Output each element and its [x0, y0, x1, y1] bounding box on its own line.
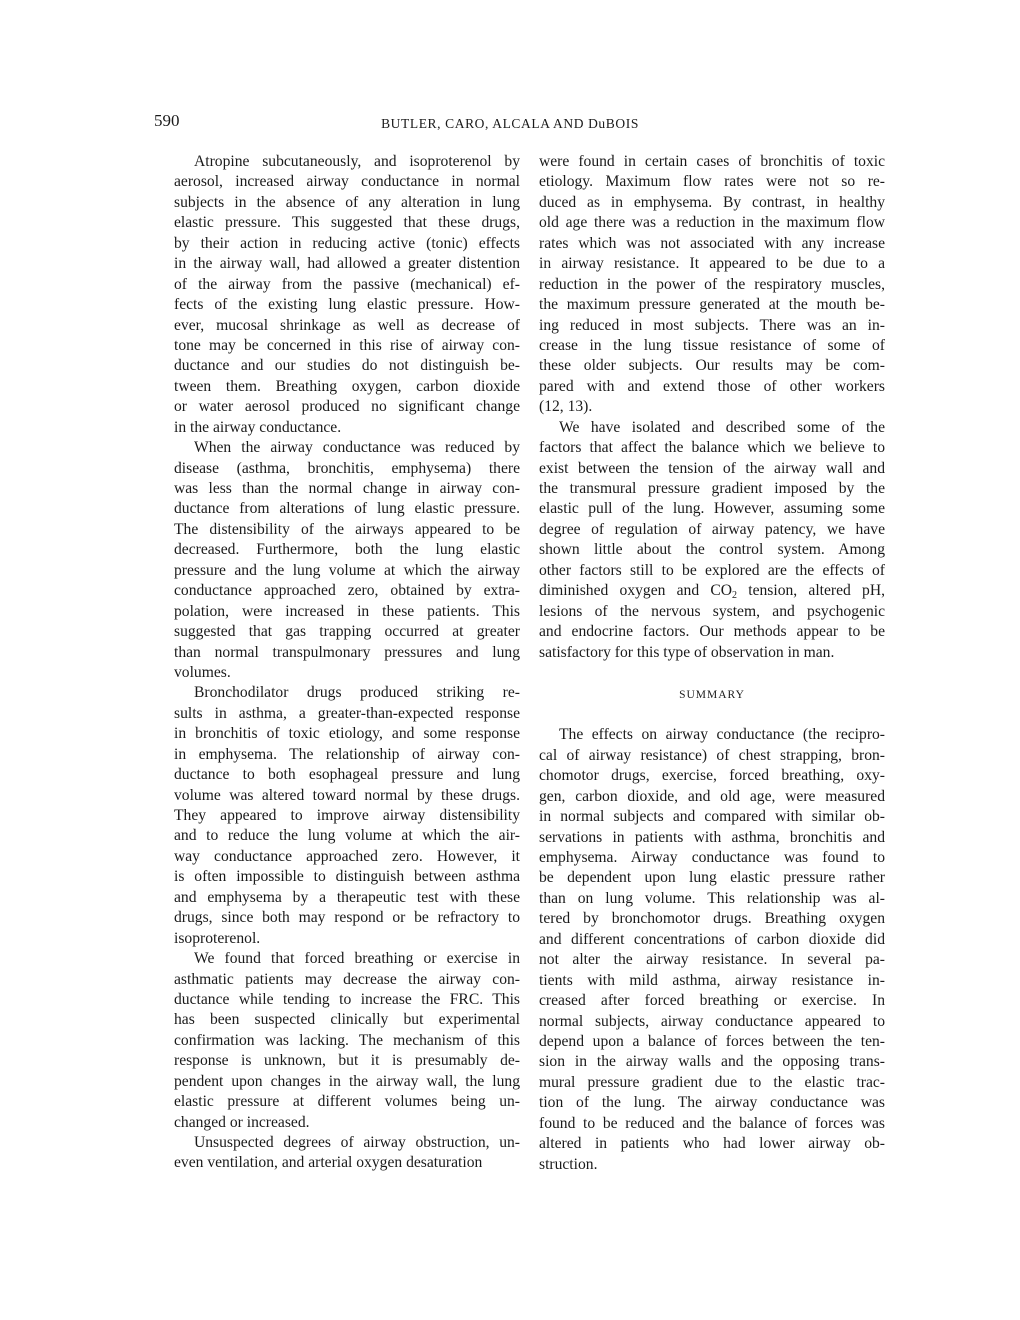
- text-line: and different concentrations of carbon d…: [539, 930, 885, 950]
- text-line: volume was altered toward normal by thes…: [174, 786, 520, 806]
- text-line: and to reduce the lung volume at which t…: [174, 826, 520, 846]
- text-line: confirmation was lacking. The mechanism …: [174, 1031, 520, 1051]
- text-line: fects of the existing lung elastic press…: [174, 295, 520, 315]
- text-line: ductance while tending to increase the F…: [174, 990, 520, 1010]
- text-line: these older subjects. Our results may be…: [539, 356, 885, 376]
- text-line: be dependent upon lung elastic pressure …: [539, 868, 885, 888]
- text-line: subjects in the absence of any alteratio…: [174, 193, 520, 213]
- text-line: in bronchitis of toxic etiology, and som…: [174, 724, 520, 744]
- text-line: way conductance approached zero. However…: [174, 847, 520, 867]
- text-line: chomotor drugs, exercise, forced breathi…: [539, 766, 885, 786]
- text-line: reduction in the power of the respirator…: [539, 275, 885, 295]
- text-line: than normal transpulmonary pressures and…: [174, 643, 520, 663]
- text-line: struction.: [539, 1155, 885, 1175]
- text-line: normal subjects, airway conductance appe…: [539, 1012, 885, 1032]
- text-line: tone may be concerned in this rise of ai…: [174, 336, 520, 356]
- text-line: changed or increased.: [174, 1113, 520, 1133]
- text-line: creased after forced breathing or exerci…: [539, 991, 885, 1011]
- paragraph: Unsuspected degrees of airway obstructio…: [174, 1133, 520, 1174]
- paragraph: When the airway conductance was reduced …: [174, 438, 520, 683]
- text-line: The effects on airway conductance (the r…: [539, 725, 885, 745]
- text-line: pendent upon changes in the airway wall,…: [174, 1072, 520, 1092]
- text-line: We have isolated and described some of t…: [539, 418, 885, 438]
- text-line: gen, carbon dioxide, and old age, were m…: [539, 787, 885, 807]
- text-line: ing reduced in most subjects. There was …: [539, 316, 885, 336]
- text-line: exist between the tension of the airway …: [539, 459, 885, 479]
- text-line: lesions of the nervous system, and psych…: [539, 602, 885, 622]
- text-line: depend upon a balance of forces between …: [539, 1032, 885, 1052]
- text-line: satisfactory for this type of observatio…: [539, 643, 885, 663]
- text-line: pressure and the lung volume at which th…: [174, 561, 520, 581]
- text-line: elastic pull of the lung. However, assum…: [539, 499, 885, 519]
- text-line: of the airway from the passive (mechanic…: [174, 275, 520, 295]
- text-line: asthmatic patients may decrease the airw…: [174, 970, 520, 990]
- text-line: shown little about the control system. A…: [539, 540, 885, 560]
- text-line: Atropine subcutaneously, and isoproteren…: [174, 152, 520, 172]
- text-line: by their action in reducing active (toni…: [174, 234, 520, 254]
- text-line: in the airway wall, had allowed a greate…: [174, 254, 520, 274]
- text-line: When the airway conductance was reduced …: [174, 438, 520, 458]
- text-line: The distensibility of the airways appear…: [174, 520, 520, 540]
- text-line: in airway resistance. It appeared to be …: [539, 254, 885, 274]
- text-line: ever, mucosal shrinkage as well as decre…: [174, 316, 520, 336]
- text-line: tween them. Breathing oxygen, carbon dio…: [174, 377, 520, 397]
- text-line: the transmural pressure gradient imposed…: [539, 479, 885, 499]
- text-line: in the airway conductance.: [174, 418, 520, 438]
- text-line: We found that forced breathing or exerci…: [174, 949, 520, 969]
- paragraph: We have isolated and described some of t…: [539, 418, 885, 663]
- text-line: other factors still to be explored are t…: [539, 561, 885, 581]
- text-line: emphysema. Airway conductance was found …: [539, 848, 885, 868]
- text-line: and emphysema by a therapeutic test with…: [174, 888, 520, 908]
- text-line: old age there was a reduction in the max…: [539, 213, 885, 233]
- text-line: sults in asthma, a greater-than-expected…: [174, 704, 520, 724]
- text-line: factors that affect the balance which we…: [539, 438, 885, 458]
- text-line: volumes.: [174, 663, 520, 683]
- text-line: pared with and extend those of other wor…: [539, 377, 885, 397]
- text-line: isoproterenol.: [174, 929, 520, 949]
- text-line: Unsuspected degrees of airway obstructio…: [174, 1133, 520, 1153]
- left-column: Atropine subcutaneously, and isoproteren…: [174, 152, 520, 1174]
- text-line: disease (asthma, bronchitis, emphysema) …: [174, 459, 520, 479]
- text-line: in normal subjects and compared with sim…: [539, 807, 885, 827]
- text-line: duced as in emphysema. By contrast, in h…: [539, 193, 885, 213]
- text-line: They appeared to improve airway distensi…: [174, 806, 520, 826]
- text-line: the maximum pressure generated at the mo…: [539, 295, 885, 315]
- paragraph: Bronchodilator drugs produced striking r…: [174, 683, 520, 949]
- text-line: elastic pressure. This suggested that th…: [174, 213, 520, 233]
- text-line: mural pressure gradient due to the elast…: [539, 1073, 885, 1093]
- text-line: and endocrine factors. Our methods appea…: [539, 622, 885, 642]
- text-line: response is unknown, but it is presumabl…: [174, 1051, 520, 1071]
- paragraph: were found in certain cases of bronchiti…: [539, 152, 885, 418]
- text-line: drugs, since both may respond or be refr…: [174, 908, 520, 928]
- text-line: was less than the normal change in airwa…: [174, 479, 520, 499]
- text-line: not alter the airway resistance. In seve…: [539, 950, 885, 970]
- text-line: polation, were increased in these patien…: [174, 602, 520, 622]
- text-line: degree of regulation of airway patency, …: [539, 520, 885, 540]
- text-line: elastic pressure at different volumes be…: [174, 1092, 520, 1112]
- text-line: sion in the airway walls and the opposin…: [539, 1052, 885, 1072]
- text-line: has been suspected clinically but experi…: [174, 1010, 520, 1030]
- text-line: diminished oxygen and CO2 tension, alter…: [539, 581, 885, 601]
- running-head: BUTLER, CARO, ALCALA AND DuBOIS: [0, 116, 1020, 132]
- paragraph: Atropine subcutaneously, and isoproteren…: [174, 152, 520, 438]
- text-line: tients with mild asthma, airway resistan…: [539, 971, 885, 991]
- text-line: decreased. Furthermore, both the lung el…: [174, 540, 520, 560]
- paragraph: We found that forced breathing or exerci…: [174, 949, 520, 1133]
- text-line: conductance approached zero, obtained by…: [174, 581, 520, 601]
- text-line: in emphysema. The relationship of airway…: [174, 745, 520, 765]
- right-column: were found in certain cases of bronchiti…: [539, 152, 885, 1175]
- text-line: tion of the lung. The airway conductance…: [539, 1093, 885, 1113]
- summary-paragraph: The effects on airway conductance (the r…: [539, 725, 885, 1175]
- text-line: suggested that gas trapping occurred at …: [174, 622, 520, 642]
- text-line: ductance to both esophageal pressure and…: [174, 765, 520, 785]
- summary-heading: SUMMARY: [539, 685, 885, 705]
- text-line: etiology. Maximum flow rates were not so…: [539, 172, 885, 192]
- text-line: or water aerosol produced no significant…: [174, 397, 520, 417]
- text-line: (12, 13).: [539, 397, 885, 417]
- text-line: rates which was not associated with any …: [539, 234, 885, 254]
- text-line: is often impossible to distinguish betwe…: [174, 867, 520, 887]
- text-line: even ventilation, and arterial oxygen de…: [174, 1153, 520, 1173]
- text-line: than on lung volume. This relationship w…: [539, 889, 885, 909]
- text-line: cal of airway resistance) of chest strap…: [539, 746, 885, 766]
- text-line: altered in patients who had lower airway…: [539, 1134, 885, 1154]
- text-line: ductance from alterations of lung elasti…: [174, 499, 520, 519]
- text-line: servations in patients with asthma, bron…: [539, 828, 885, 848]
- text-line: were found in certain cases of bronchiti…: [539, 152, 885, 172]
- text-line: tered by bronchomotor drugs. Breathing o…: [539, 909, 885, 929]
- text-line: Bronchodilator drugs produced striking r…: [174, 683, 520, 703]
- text-line: crease in the lung tissue resistance of …: [539, 336, 885, 356]
- text-line: found to be reduced and the balance of f…: [539, 1114, 885, 1134]
- text-line: aerosol, increased airway conductance in…: [174, 172, 520, 192]
- text-line: ductance and our studies do not distingu…: [174, 356, 520, 376]
